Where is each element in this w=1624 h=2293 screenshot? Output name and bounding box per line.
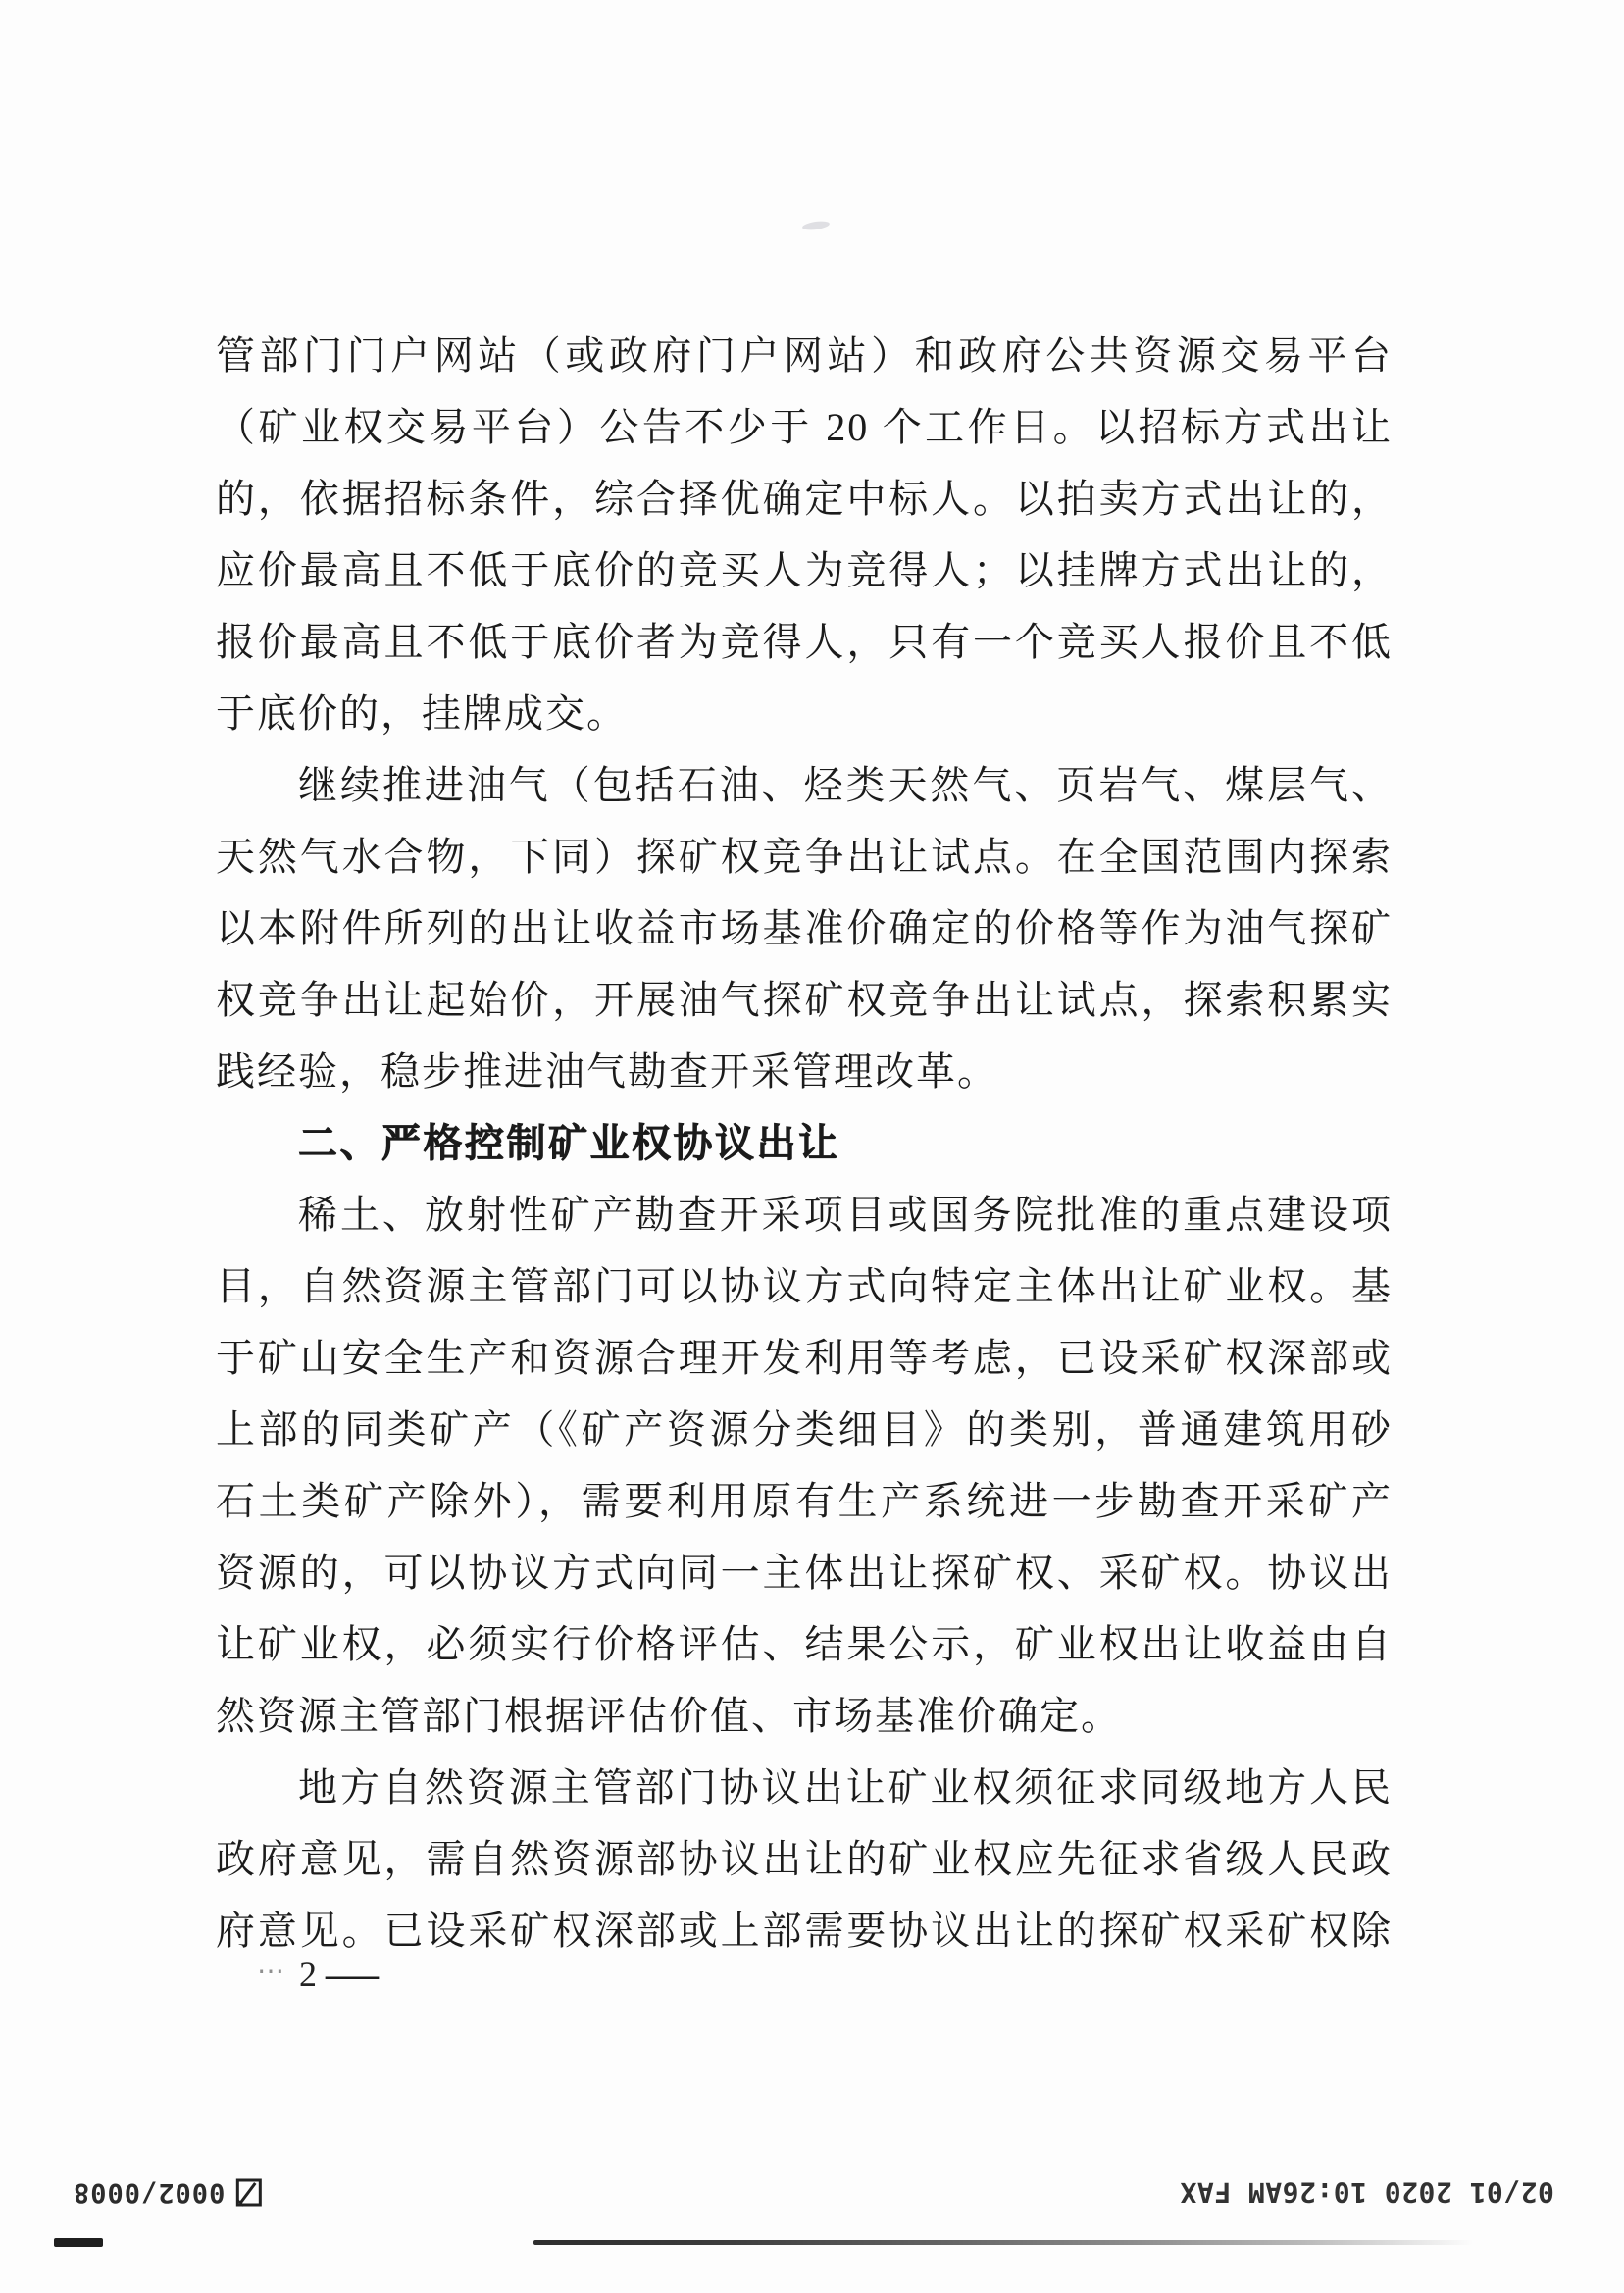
text-line: 于矿山安全生产和资源合理开发利用等考虑，已设采矿权深部或	[216, 1322, 1393, 1394]
fax-timestamp: 02/01 2020 10:26AM FAX	[1180, 2176, 1554, 2209]
text-line: （矿业权交易平台）公告不少于 20 个工作日。以招标方式出让	[216, 391, 1393, 463]
text-line: 以本附件所列的出让收益市场基准价确定的价格等作为油气探矿	[216, 892, 1393, 964]
fax-page-counter-text: 0002/0008	[73, 2178, 225, 2209]
page-number-value: 2	[299, 1954, 317, 1995]
text-line: 天然气水合物，下同）探矿权竞争出让试点。在全国范围内探索	[216, 821, 1393, 892]
text-line: 管部门门户网站（或政府门户网站）和政府公共资源交易平台	[216, 320, 1393, 391]
pencil-note-icon	[233, 2177, 263, 2209]
text-line: 继续推进油气（包括石油、烃类天然气、页岩气、煤层气、	[216, 749, 1393, 821]
page-number-dash-left: ⋯	[257, 1955, 281, 1988]
scan-artifact-long-line	[533, 2240, 1473, 2245]
text-line: 报价最高且不低于底价者为竞得人，只有一个竞买人报价且不低	[216, 606, 1393, 678]
text-line: 于底价的，挂牌成交。	[216, 678, 1393, 749]
text-line: 的，依据招标条件，综合择优确定中标人。以拍卖方式出让的，	[216, 463, 1393, 535]
text-line: 资源的，可以协议方式向同一主体出让探矿权、采矿权。协议出	[216, 1537, 1393, 1608]
scan-artifact-smudge	[802, 220, 831, 231]
fax-page-counter-flipped: 0002/0008	[73, 2177, 263, 2209]
text-line: 权竞争出让起始价，开展油气探矿权竞争出让试点，探索积累实	[216, 964, 1393, 1036]
scanned-document-page: 管部门门户网站（或政府门户网站）和政府公共资源交易平台（矿业权交易平台）公告不少…	[0, 0, 1624, 2293]
fax-timestamp-text: 02/01 2020 10:26AM FAX	[1180, 2176, 1554, 2209]
text-line: 目，自然资源主管部门可以协议方式向特定主体出让矿业权。基	[216, 1250, 1393, 1322]
page-number-dash-right: —	[326, 1954, 379, 1995]
fax-page-counter: 0002/0008	[73, 2177, 263, 2214]
text-line: 地方自然资源主管部门协议出让矿业权须征求同级地方人民	[216, 1752, 1393, 1823]
text-line: 稀土、放射性矿产勘查开采项目或国务院批准的重点建设项	[216, 1179, 1393, 1250]
document-text: 管部门门户网站（或政府门户网站）和政府公共资源交易平台（矿业权交易平台）公告不少…	[216, 320, 1393, 1966]
text-line: 让矿业权，必须实行价格评估、结果公示，矿业权出让收益由自	[216, 1608, 1393, 1680]
text-line: 石土类矿产除外），需要利用原有生产系统进一步勘查开采矿产	[216, 1465, 1393, 1537]
section-heading: 二、严格控制矿业权协议出让	[216, 1107, 1393, 1179]
text-line: 践经验，稳步推进油气勘查开采管理改革。	[216, 1036, 1393, 1107]
text-line: 上部的同类矿产（《矿产资源分类细目》的类别，普通建筑用砂	[216, 1394, 1393, 1465]
text-line: 政府意见，需自然资源部协议出让的矿业权应先征求省级人民政	[216, 1823, 1393, 1895]
text-line: 然资源主管部门根据评估价值、市场基准价确定。	[216, 1680, 1393, 1752]
text-line: 应价最高且不低于底价的竞买人为竞得人；以挂牌方式出让的，	[216, 535, 1393, 606]
page-number: ⋯ 2 —	[257, 1954, 370, 1995]
text-line: 府意见。已设采矿权深部或上部需要协议出让的探矿权采矿权除	[216, 1895, 1393, 1966]
scan-artifact-short-line	[54, 2238, 103, 2247]
